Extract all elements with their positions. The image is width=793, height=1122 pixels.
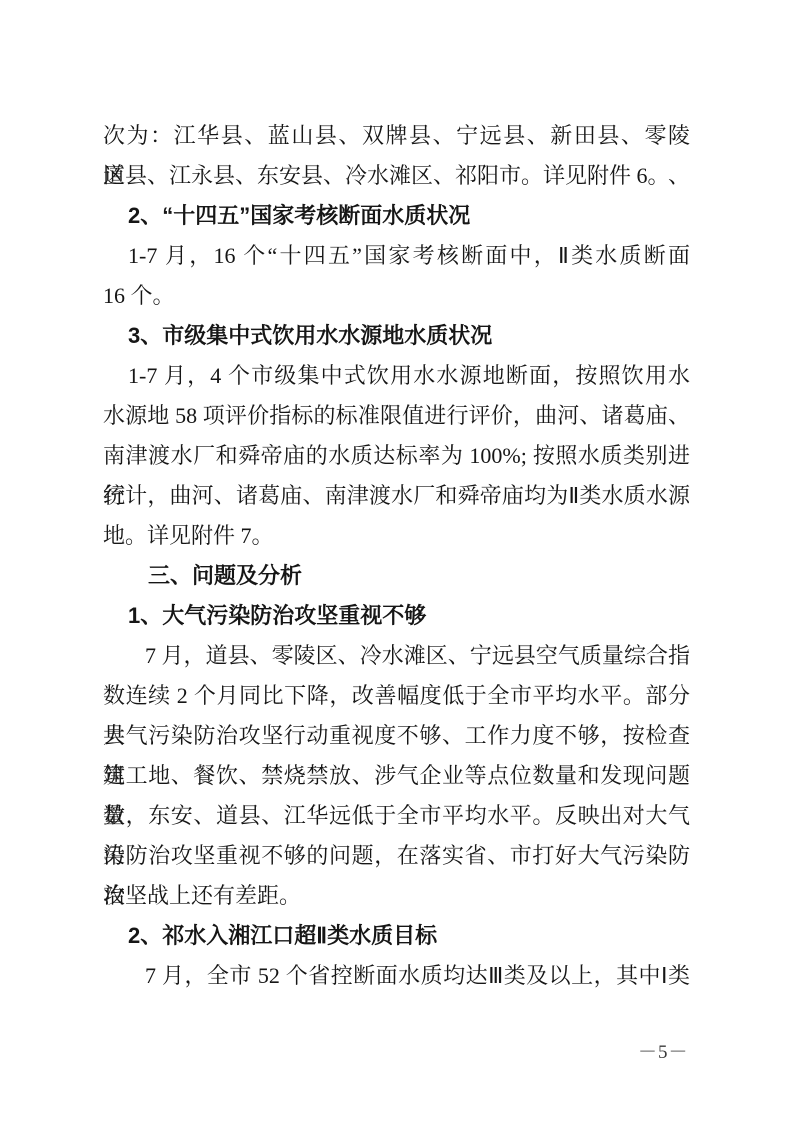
body-text-line: 南津渡水厂和舜帝庙的水质达标率为 100%; 按照水质类别进行: [103, 436, 690, 476]
body-text-line: 大气污染防治攻坚行动重视度不够、工作力度不够，按检查建: [103, 716, 690, 756]
body-text-line: 地。详见附件 7。: [103, 516, 690, 556]
section-heading: 2、祁水入湘江口超Ⅱ类水质目标: [103, 916, 690, 956]
body-text-line: 7 月，全市 52 个省控断面水质均达Ⅲ类及以上，其中Ⅰ类: [103, 956, 690, 996]
body-text-line: 16 个。: [103, 276, 690, 316]
body-text-line: 1-7 月，16 个“十四五”国家考核断面中，Ⅱ类水质断面: [103, 236, 690, 276]
body-text-line: 量，东安、道县、江华远低于全市平均水平。反映出对大气污: [103, 796, 690, 836]
body-text-line: 道县、江永县、东安县、冷水滩区、祁阳市。详见附件 6。: [103, 156, 690, 196]
body-text-line: 水源地 58 项评价指标的标准限值进行评价，曲河、诸葛庙、: [103, 396, 690, 436]
body-text-line: 7 月，道县、零陵区、冷水滩区、宁远县空气质量综合指: [103, 636, 690, 676]
section-heading: 2、“十四五”国家考核断面水质状况: [103, 196, 690, 236]
document-body: 次为：江华县、蓝山县、双牌县、宁远县、新田县、零陵区、 道县、江永县、东安县、冷…: [103, 116, 690, 996]
section-heading: 3、市级集中式饮用水水源地水质状况: [103, 316, 690, 356]
body-text-line: 统计，曲河、诸葛庙、南津渡水厂和舜帝庙均为Ⅱ类水质水源: [103, 476, 690, 516]
section-heading: 三、问题及分析: [103, 556, 690, 596]
document-page: 次为：江华县、蓝山县、双牌县、宁远县、新田县、零陵区、 道县、江永县、东安县、冷…: [0, 0, 793, 1122]
body-text-line: 染防治攻坚重视不够的问题，在落实省、市打好大气污染防治: [103, 836, 690, 876]
section-heading: 1、大气污染防治攻坚重视不够: [103, 596, 690, 636]
body-text-line: 筑工地、餐饮、禁烧禁放、涉气企业等点位数量和发现问题数: [103, 756, 690, 796]
page-number: －5－: [638, 1041, 689, 1065]
body-text-line: 攻坚战上还有差距。: [103, 876, 690, 916]
body-text-line: 1-7 月，4 个市级集中式饮用水水源地断面，按照饮用水: [103, 356, 690, 396]
body-text-line: 次为：江华县、蓝山县、双牌县、宁远县、新田县、零陵区、: [103, 116, 690, 156]
body-text-line: 数连续 2 个月同比下降，改善幅度低于全市平均水平。部分县: [103, 676, 690, 716]
